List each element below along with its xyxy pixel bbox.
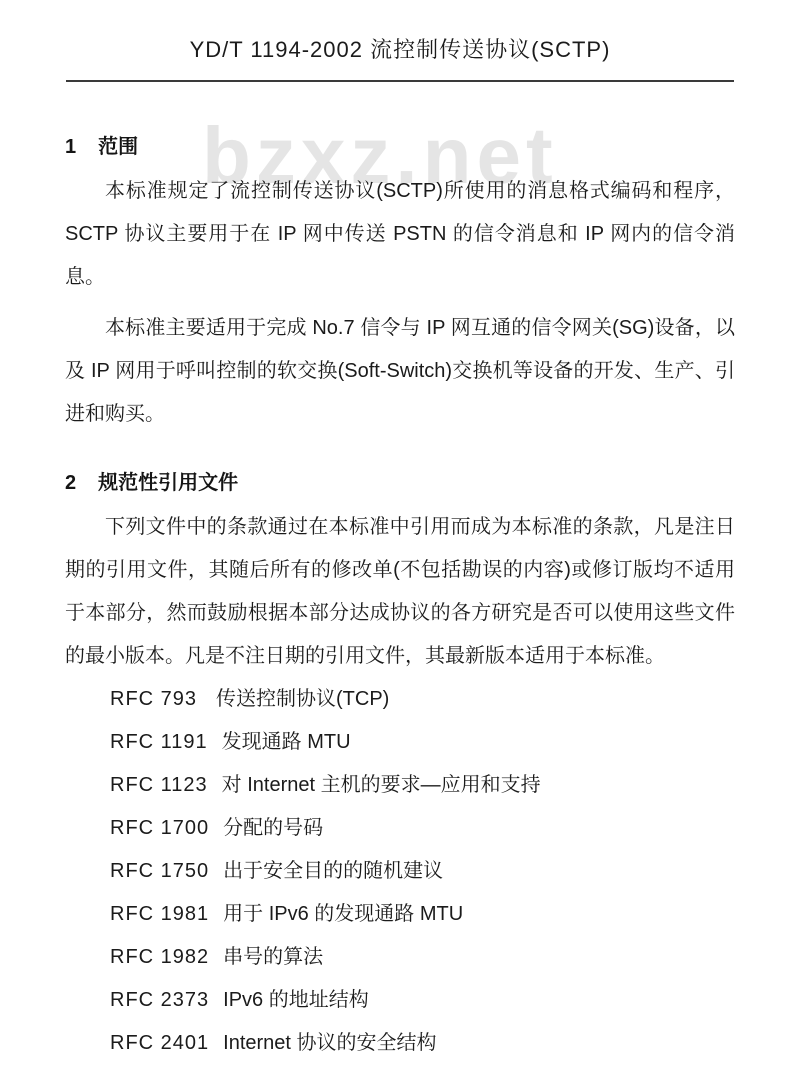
rfc-reference-row: RFC 2401 Internet 协议的安全结构	[110, 1022, 735, 1065]
section-1-title: 范围	[98, 136, 138, 158]
rfc-code: RFC 1191	[110, 721, 208, 764]
rfc-code: RFC 1981	[110, 893, 209, 936]
rfc-title: 传送控制协议(TCP)	[216, 678, 389, 721]
section-2-title: 规范性引用文件	[98, 472, 238, 494]
rfc-title: IPv6 的地址结构	[223, 979, 369, 1022]
title-divider	[66, 80, 734, 82]
rfc-reference-row: RFC 1981 用于 IPv6 的发现通路 MTU	[110, 893, 735, 936]
document-page: YD/T 1194-2002 流控制传送协议(SCTP) bzxz.net 1范…	[0, 0, 800, 1090]
section-1-paragraph-1: 本标准规定了流控制传送协议(SCTP)所使用的消息格式编码和程序，SCTP 协议…	[65, 170, 735, 299]
section-2-paragraph-1: 下列文件中的条款通过在本标准中引用而成为本标准的条款，凡是注日期的引用文件，其随…	[65, 506, 735, 678]
section-1-number: 1	[65, 132, 76, 162]
rfc-title: 出于安全目的的随机建议	[223, 850, 443, 893]
rfc-reference-row: RFC 1191 发现通路 MTU	[110, 721, 735, 764]
rfc-reference-row: RFC 2373 IPv6 的地址结构	[110, 979, 735, 1022]
rfc-reference-row: RFC 1123 对 Internet 主机的要求—应用和支持	[110, 764, 735, 807]
rfc-title: 发现通路 MTU	[222, 721, 351, 764]
section-2-number: 2	[65, 468, 76, 498]
section-1-heading: 1范围	[65, 132, 735, 162]
rfc-title: 用于 IPv6 的发现通路 MTU	[223, 893, 463, 936]
document-body: 1范围 本标准规定了流控制传送协议(SCTP)所使用的消息格式编码和程序，SCT…	[65, 132, 735, 1065]
rfc-reference-row: RFC 793 传送控制协议(TCP)	[110, 678, 735, 721]
rfc-reference-row: RFC 1982 串号的算法	[110, 936, 735, 979]
rfc-code: RFC 1700	[110, 807, 209, 850]
section-2-heading: 2规范性引用文件	[65, 468, 735, 498]
rfc-code: RFC 2401	[110, 1022, 209, 1065]
rfc-title: 串号的算法	[223, 936, 323, 979]
document-title: YD/T 1194-2002 流控制传送协议(SCTP)	[0, 0, 800, 64]
rfc-reference-list: RFC 793 传送控制协议(TCP) RFC 1191 发现通路 MTU RF…	[110, 678, 735, 1065]
rfc-title: Internet 协议的安全结构	[223, 1022, 436, 1065]
rfc-code: RFC 1750	[110, 850, 209, 893]
section-1-paragraph-2: 本标准主要适用于完成 No.7 信令与 IP 网互通的信令网关(SG)设备，以及…	[65, 307, 735, 436]
rfc-code: RFC 1123	[110, 764, 208, 807]
rfc-title: 对 Internet 主机的要求—应用和支持	[222, 764, 541, 807]
rfc-code: RFC 793	[110, 678, 202, 721]
rfc-reference-row: RFC 1700 分配的号码	[110, 807, 735, 850]
rfc-reference-row: RFC 1750 出于安全目的的随机建议	[110, 850, 735, 893]
rfc-code: RFC 1982	[110, 936, 209, 979]
rfc-code: RFC 2373	[110, 979, 209, 1022]
rfc-title: 分配的号码	[223, 807, 323, 850]
